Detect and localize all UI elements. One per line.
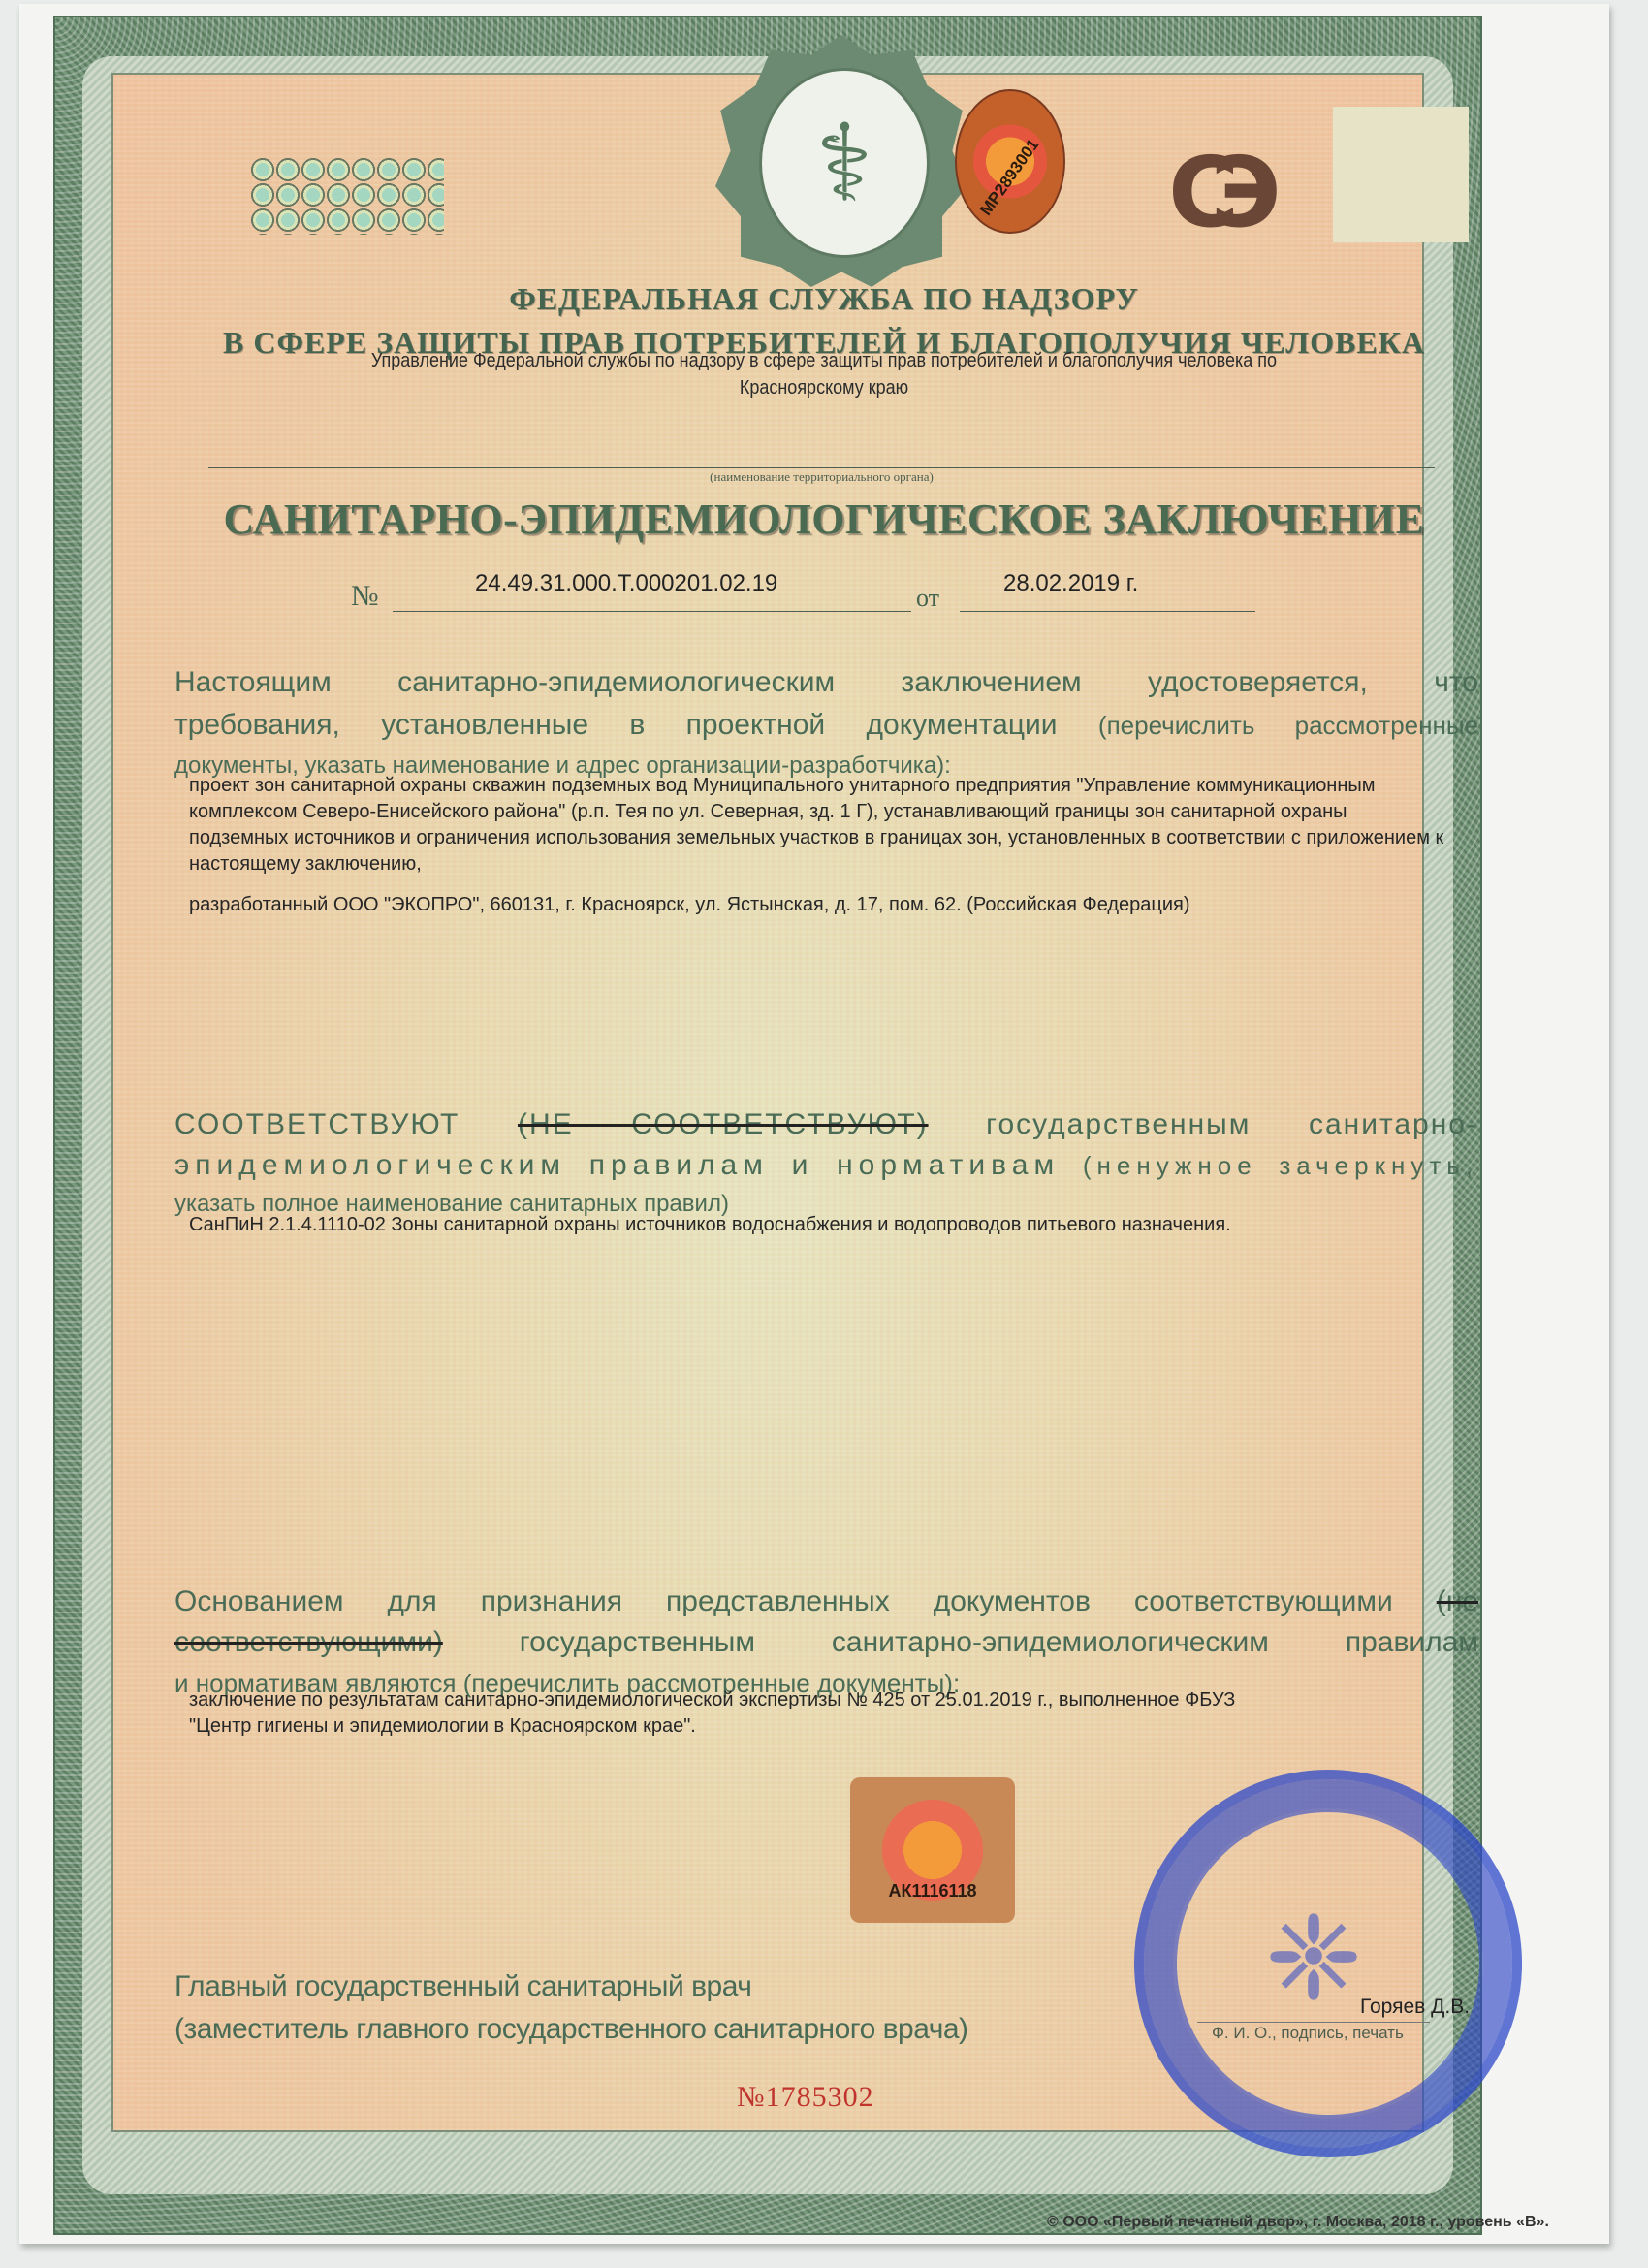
signature-line xyxy=(1197,2022,1430,2023)
date-underline xyxy=(960,611,1255,612)
number-underline xyxy=(393,611,911,612)
complies-text: СООТВЕТСТВУЮТ xyxy=(174,1108,460,1140)
hologram-code: МР2893001 xyxy=(977,136,1044,220)
section2-line2: эпидемиологическим правилам и нормативам… xyxy=(174,1144,1478,1187)
basis-line1: заключение по результатам санитарно-эпид… xyxy=(189,1687,1449,1713)
territorial-body: Управление Федеральной службы по надзору… xyxy=(239,347,1409,401)
agency-title-line1: ФЕДЕРАЛЬНАЯ СЛУЖБА ПО НАДЗОРУ xyxy=(174,281,1474,317)
section3-line2-struck: соответствующими) xyxy=(174,1626,443,1658)
date-label: от xyxy=(916,584,939,613)
hologram-sticker-bottom: АК1116118 xyxy=(850,1777,1015,1923)
not-complies-struck: (НЕ СООТВЕТСТВУЮТ) xyxy=(518,1108,929,1140)
signer-position: Главный государственный санитарный врач … xyxy=(174,1965,968,2051)
printer-footer: © ООО «Первый печатный двор», г. Москва,… xyxy=(1047,2214,1549,2231)
document-number: 24.49.31.000.Т.000201.02.19 xyxy=(475,570,777,597)
section1-line2-paren: (перечислить рассмотренные xyxy=(1098,711,1478,740)
document-title: САНИТАРНО-ЭПИДЕМИОЛОГИЧЕСКОЕ ЗАКЛЮЧЕНИЕ xyxy=(174,495,1474,544)
signer-position-line2: (заместитель главного государственного с… xyxy=(174,2008,968,2051)
territorial-body-line2: Красноярскому краю xyxy=(239,374,1409,401)
section3-line1: Основанием для признания представленных … xyxy=(174,1581,1478,1623)
sanitary-rules: СанПиН 2.1.4.1110-02 Зоны санитарной охр… xyxy=(189,1212,1449,1238)
section2-line2-paren: (ненужное зачеркнуть, xyxy=(1083,1151,1478,1180)
section3-line1-main: Основанием для признания представленных … xyxy=(174,1585,1393,1617)
section2-line2-main: эпидемиологическим правилам и нормативам xyxy=(174,1149,1060,1181)
document-date: 28.02.2019 г. xyxy=(1003,570,1138,597)
developer-info: разработанный ООО "ЭКОПРО", 660131, г. К… xyxy=(189,892,1449,918)
territorial-body-caption: (наименование территориального органа) xyxy=(208,469,1435,485)
security-pattern xyxy=(250,157,444,235)
number-label: № xyxy=(351,580,379,613)
signature-caption: Ф. И. О., подпись, печать xyxy=(1212,2024,1404,2043)
hologram-code: АК1116118 xyxy=(888,1881,976,1901)
signer-position-line1: Главный государственный санитарный врач xyxy=(174,1965,968,2008)
project-description: проект зон санитарной охраны скважин под… xyxy=(189,773,1449,878)
territorial-body-line1: Управление Федеральной службы по надзору… xyxy=(239,347,1409,374)
signer-name: Горяев Д.В. xyxy=(1360,1996,1470,2019)
basis-line2: "Центр гигиены и эпидемиологии в Красноя… xyxy=(189,1713,1449,1740)
section3-line1-struck: (не xyxy=(1437,1585,1478,1617)
section1-line1: Настоящим санитарно-эпидемиологическим з… xyxy=(174,661,1478,704)
section1-line2-main: требования, установленные в проектной до… xyxy=(174,709,1058,741)
section3-line2-rest: государственным санитарно-эпидемиологиче… xyxy=(520,1626,1478,1658)
section1-line2: требования, установленные в проектной до… xyxy=(174,704,1478,747)
hologram-sticker-top: МР2893001 xyxy=(955,89,1065,234)
se-mark-icon: СЭ xyxy=(1168,136,1252,249)
double-headed-eagle-icon: ⚕ xyxy=(759,68,930,258)
section2-line1: СООТВЕТСТВУЮТ (НЕ СООТВЕТСТВУЮТ) государ… xyxy=(174,1103,1478,1146)
divider xyxy=(208,467,1435,468)
blank-serial-number: №1785302 xyxy=(737,2081,874,2114)
section3-line2: соответствующими) государственным санита… xyxy=(174,1621,1478,1664)
section2-line1-rest: государственным санитарно- xyxy=(986,1108,1478,1140)
blank-square xyxy=(1333,107,1469,242)
